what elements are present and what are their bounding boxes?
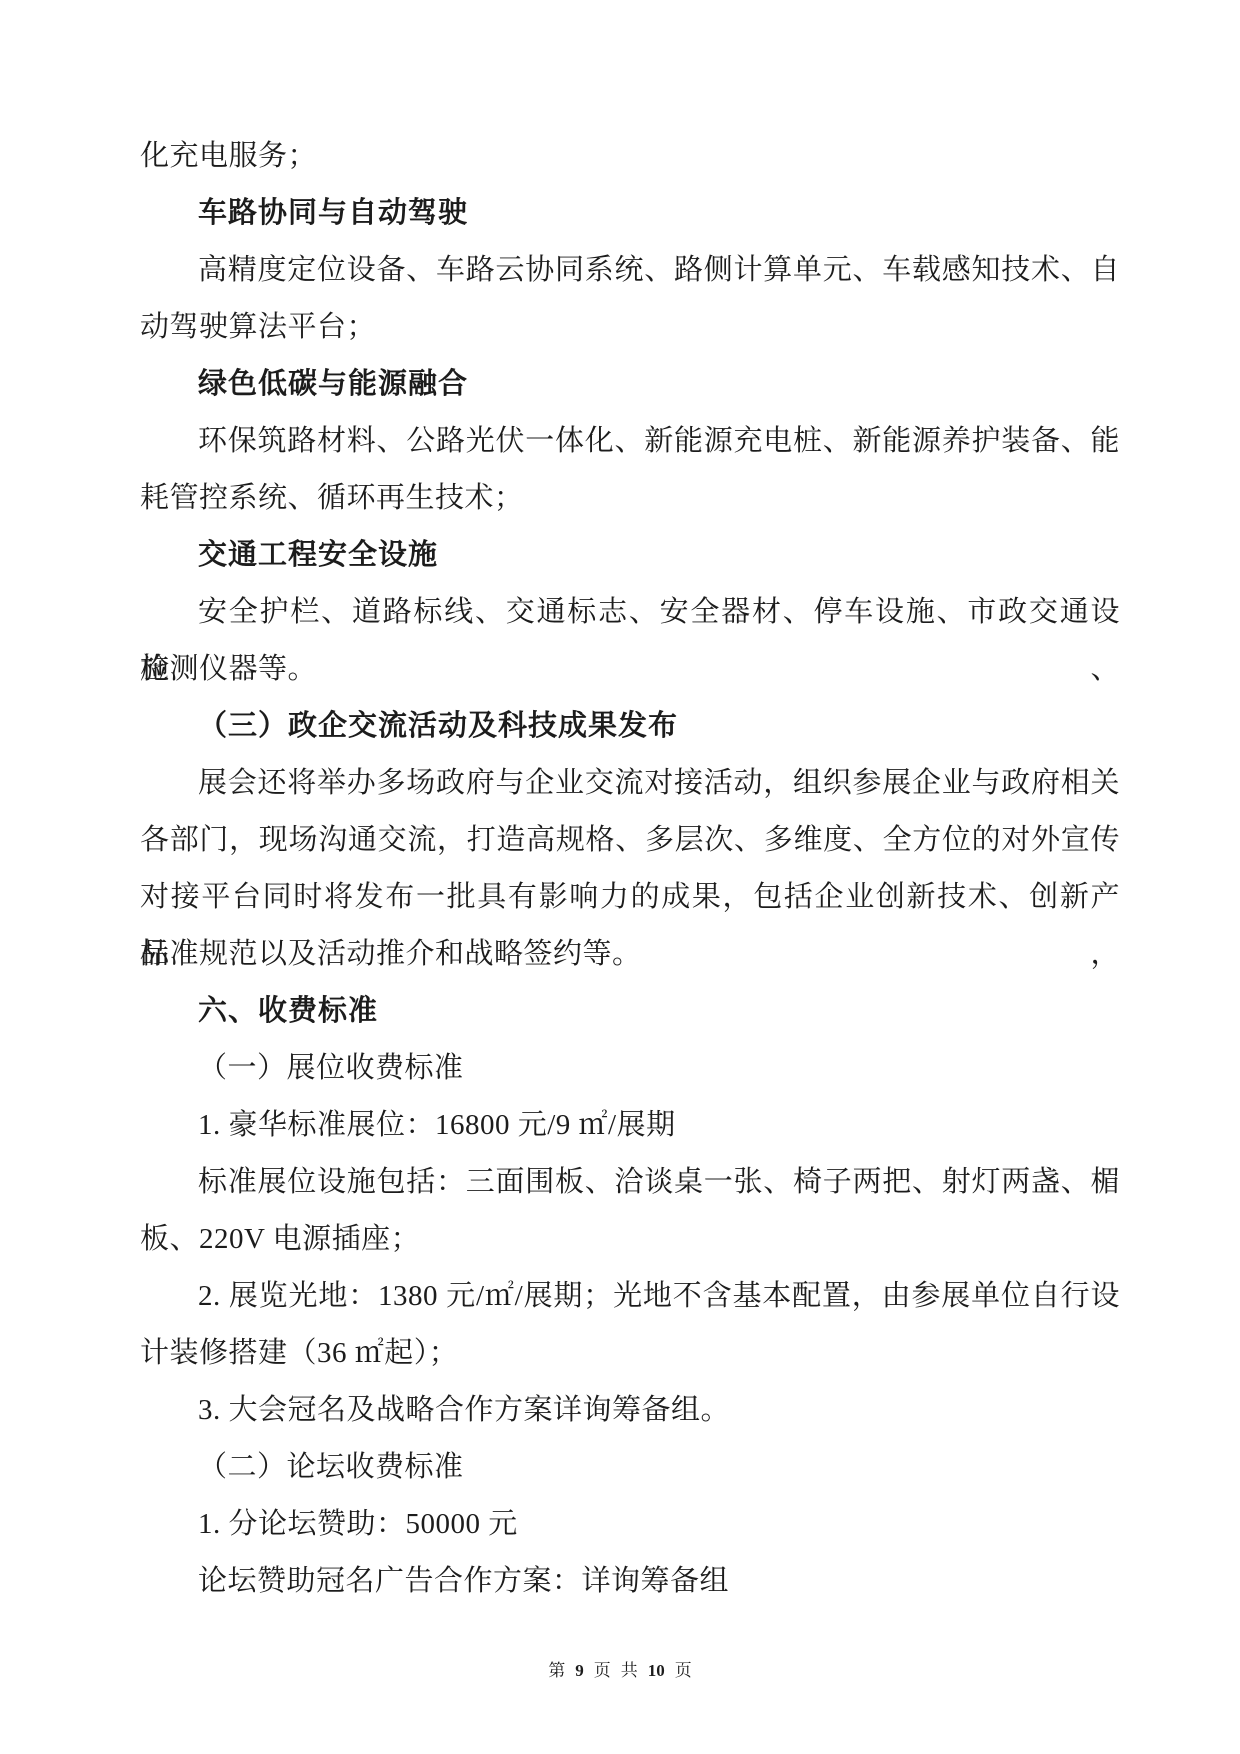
heading-section6-fee-standards: 六、收费标准 [140,983,1120,1040]
doc-line-naming-cooperation: 3. 大会冠名及战略合作方案详询筹备组。 [140,1382,1120,1439]
doc-line: 对接平台同时将发布一批具有影响力的成果，包括企业创新技术、创新产品， [140,869,1120,926]
doc-line: 安全护栏、道路标线、交通标志、安全器材、停车设施、市政交通设施、 [140,584,1120,641]
doc-line-forum-sponsor-price: 1. 分论坛赞助：50000 元 [140,1496,1120,1553]
page-footer: 第9页共10页 [0,1656,1240,1686]
doc-line: 标准展位设施包括：三面围板、洽谈桌一张、椅子两把、射灯两盏、楣 [140,1154,1120,1211]
doc-line-forum-ad-cooperation: 论坛赞助冠名广告合作方案：详询筹备组 [140,1553,1120,1610]
doc-line: 环保筑路材料、公路光伏一体化、新能源充电桩、新能源养护装备、能 [140,413,1120,470]
subheading-forum-fee-standards: （二）论坛收费标准 [140,1439,1120,1496]
footer-total-pages: 10 [648,1661,665,1680]
doc-line-deluxe-booth-price: 1. 豪华标准展位：16800 元/9 ㎡/展期 [140,1097,1120,1154]
doc-line: 耗管控系统、循环再生技术； [140,470,1120,527]
doc-line: 化充电服务； [140,128,1120,185]
subheading-booth-fee-standards: （一）展位收费标准 [140,1040,1120,1097]
document-page: { "document": { "lines": [ { "text": "化充… [0,0,1240,1754]
heading-section3-gov-enterprise: （三）政企交流活动及科技成果发布 [140,698,1120,755]
doc-line: 各部门，现场沟通交流，打造高规格、多层次、多维度、全方位的对外宣传 [140,812,1120,869]
doc-line-raw-space-price: 2. 展览光地：1380 元/㎡/展期；光地不含基本配置，由参展单位自行设 [140,1268,1120,1325]
doc-line: 板、220V 电源插座； [140,1211,1120,1268]
heading-vehicle-road-cooperation: 车路协同与自动驾驶 [140,185,1120,242]
document-body: 化充电服务； 车路协同与自动驾驶 高精度定位设备、车路云协同系统、路侧计算单元、… [140,128,1120,1610]
doc-line: 动驾驶算法平台； [140,299,1120,356]
footer-current-page: 9 [575,1661,584,1680]
footer-label: 第 [548,1661,565,1680]
footer-label: 共 [621,1661,638,1680]
doc-line: 计装修搭建（36 ㎡起）； [140,1325,1120,1382]
doc-line: 高精度定位设备、车路云协同系统、路侧计算单元、车载感知技术、自 [140,242,1120,299]
heading-green-low-carbon-energy: 绿色低碳与能源融合 [140,356,1120,413]
heading-traffic-safety-facilities: 交通工程安全设施 [140,527,1120,584]
footer-label: 页 [594,1661,611,1680]
doc-line: 展会还将举办多场政府与企业交流对接活动，组织参展企业与政府相关 [140,755,1120,812]
footer-label: 页 [675,1661,692,1680]
